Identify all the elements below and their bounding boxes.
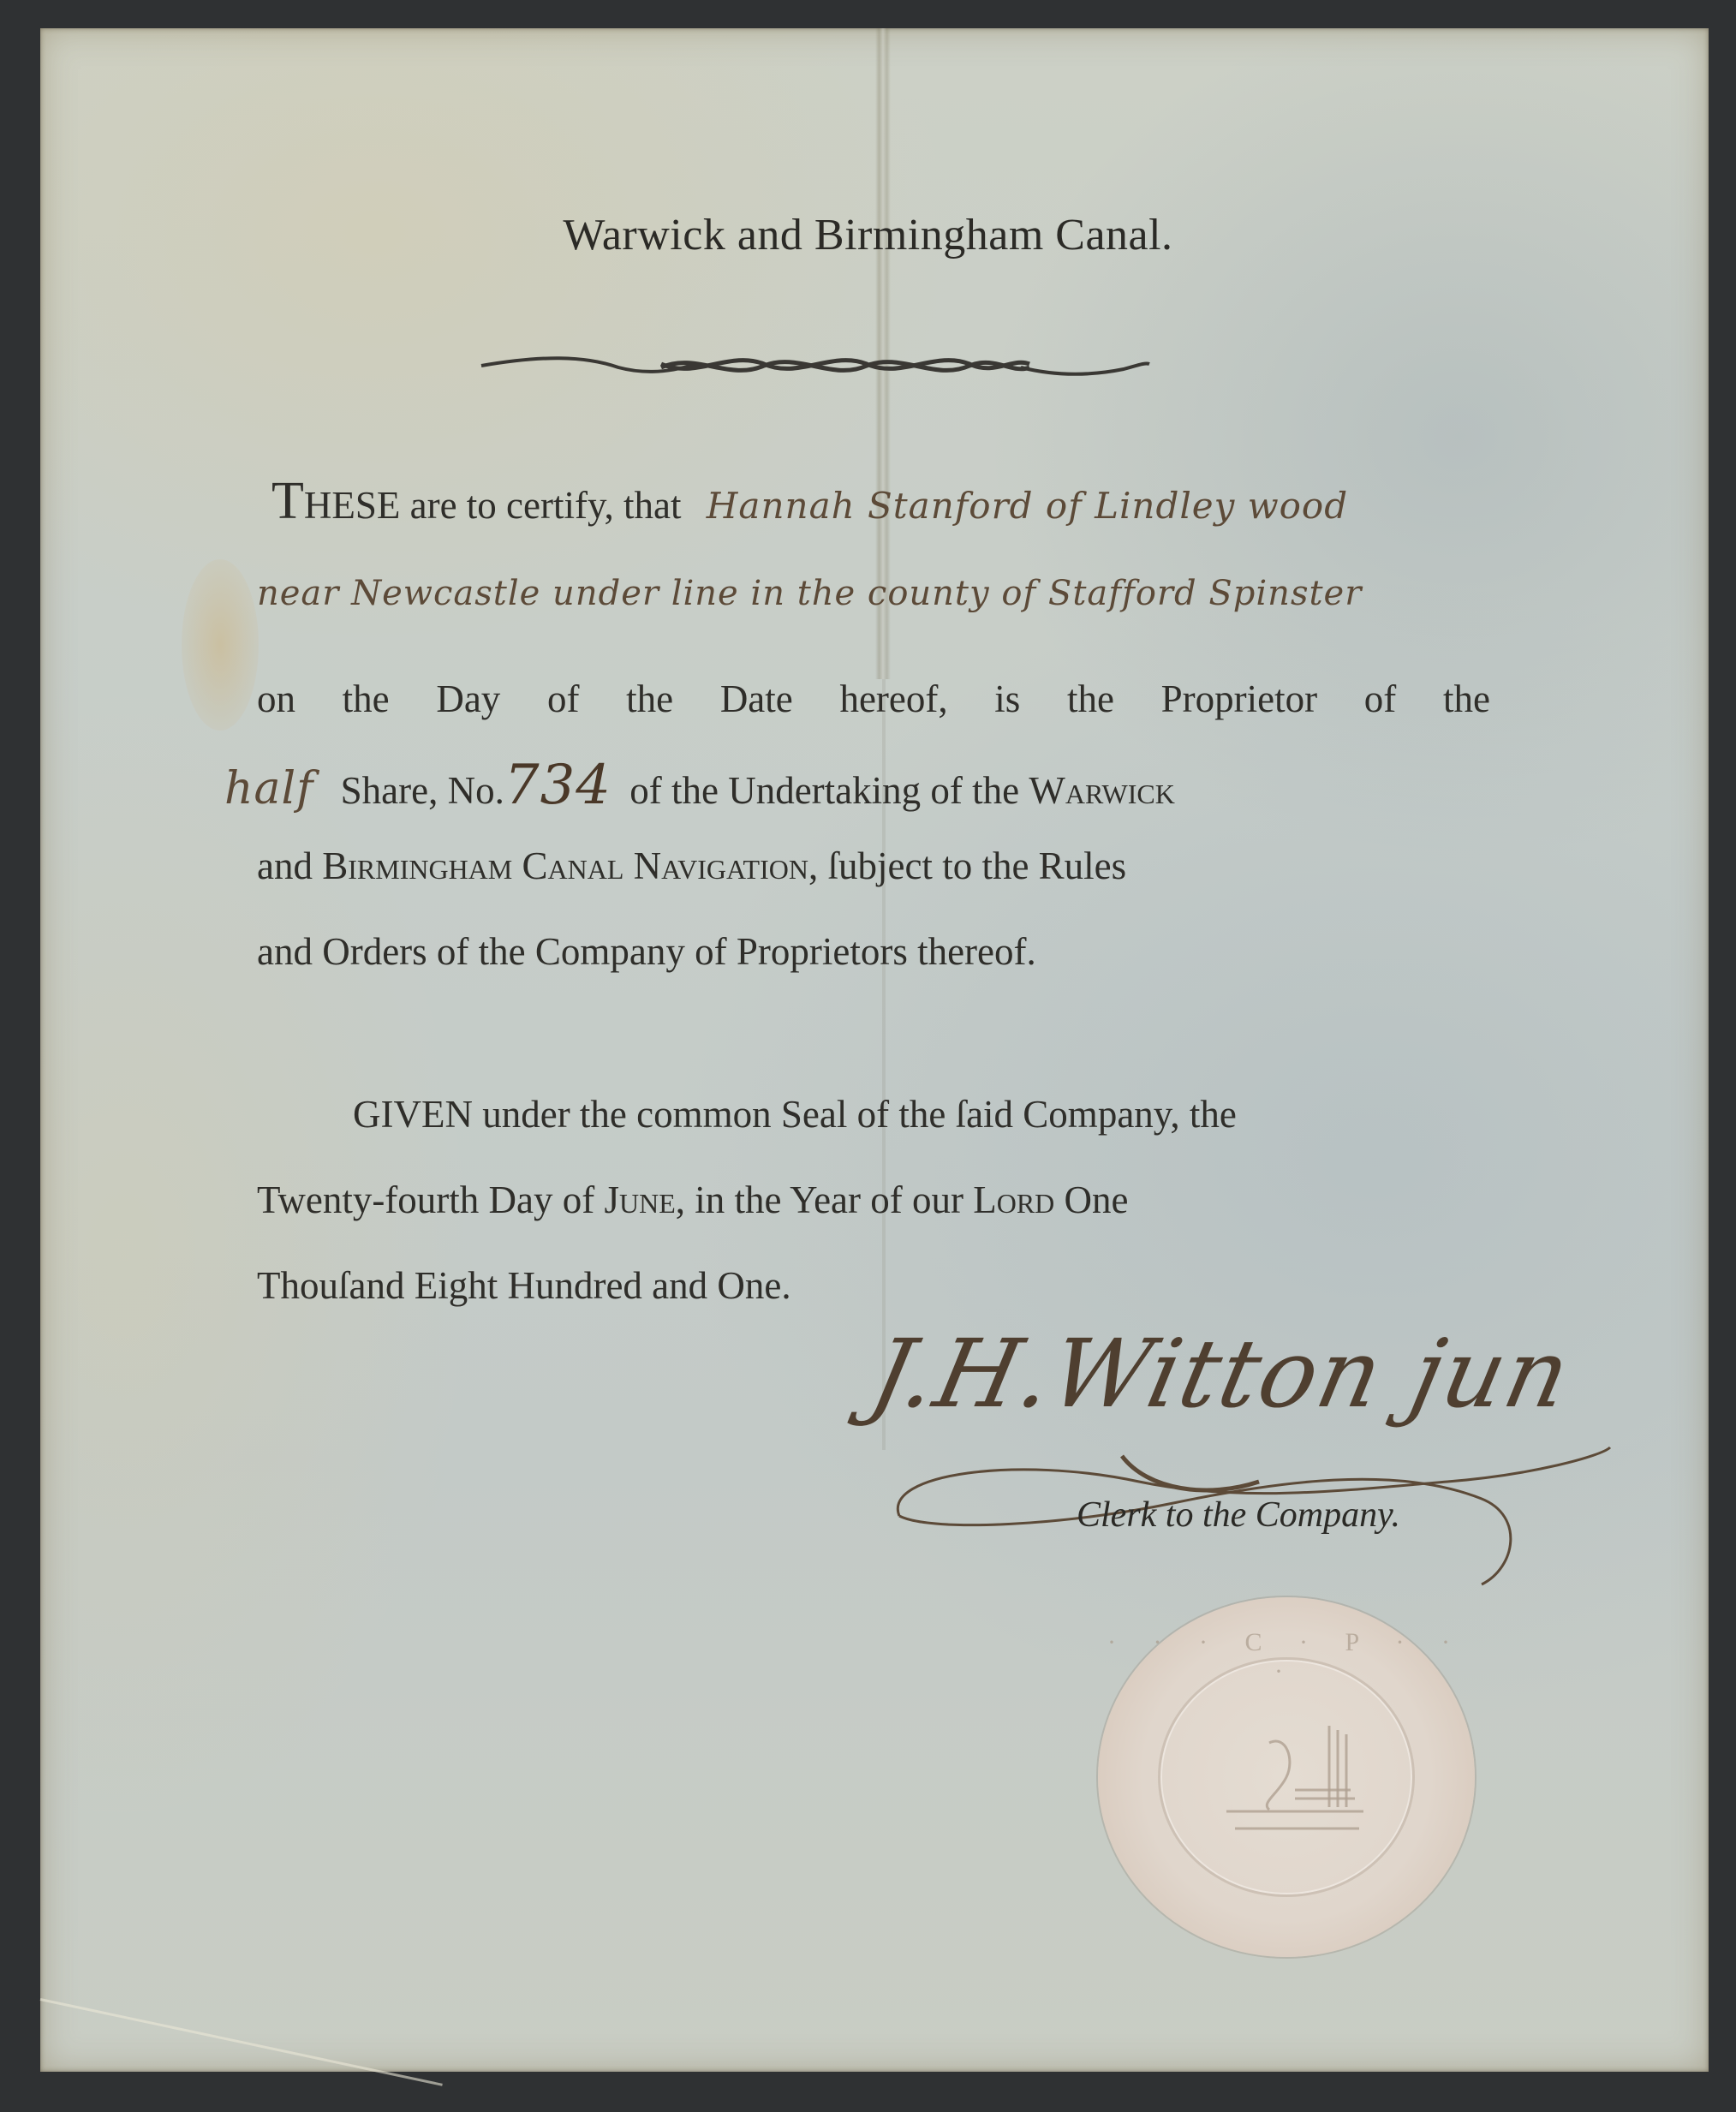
document-title: Warwick and Birmingham Canal. bbox=[0, 210, 1736, 260]
certify-line-5: and Birmingham Canal Navigation, ſubject… bbox=[257, 844, 1126, 888]
foxing-stain bbox=[182, 559, 259, 731]
holder-address-handwritten: near Newcastle under line in the county … bbox=[257, 574, 1362, 613]
certify-line-1: THESE are to certify, that Hannah Stanfo… bbox=[271, 471, 1348, 532]
corner-crease bbox=[40, 1998, 443, 2086]
given-line-2: Twenty-fourth Day of June, in the Year o… bbox=[257, 1178, 1129, 1222]
company-seal: · · · C · P · · · bbox=[1098, 1597, 1475, 1957]
certify-line-6: and Orders of the Company of Proprietors… bbox=[257, 929, 1036, 974]
holder-name-handwritten: Hannah Stanford of Lindley wood bbox=[707, 485, 1348, 527]
share-number-handwritten: 734 bbox=[504, 754, 611, 817]
ornament-divider-icon bbox=[473, 347, 1158, 381]
given-line-3: Thouſand Eight Hundred and One. bbox=[257, 1263, 791, 1308]
clerk-signature: J.H.Witton jun bbox=[862, 1319, 1580, 1429]
clerk-title: Clerk to the Company. bbox=[1077, 1495, 1400, 1536]
certify-line-3: on the Day of the Date hereof, is the Pr… bbox=[257, 677, 1490, 721]
share-type-handwritten: half bbox=[224, 763, 313, 814]
seal-emblem-icon bbox=[1209, 1709, 1381, 1854]
share-line: half Share, No.734 of the Undertaking of… bbox=[224, 754, 1175, 817]
given-line-1: GIVEN under the common Seal of the ſaid … bbox=[353, 1092, 1237, 1137]
